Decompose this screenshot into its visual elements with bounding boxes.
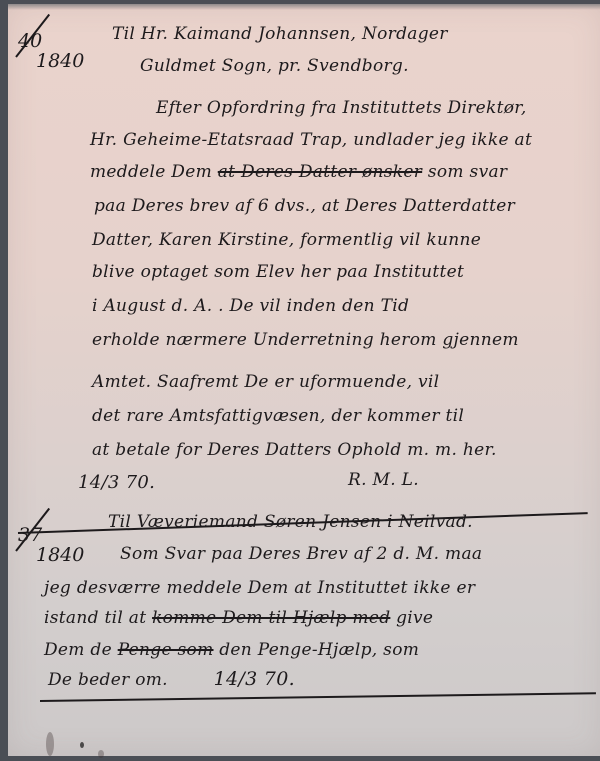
bottom-rule	[40, 692, 596, 702]
body-line: Datter, Karen Kirstine, formentlig vil k…	[92, 230, 481, 250]
body-line: paa Deres brev af 6 dvs., at Deres Datte…	[94, 196, 515, 216]
body-text: De beder om.	[48, 670, 168, 690]
struck-text: at Deres Datter ønsker	[218, 162, 422, 182]
entry-reference-number: 40 1840	[14, 30, 74, 80]
address-line: Til Væveriemand Søren Jensen i Neilvad.	[108, 512, 473, 532]
entry-date: 14/3 70.	[214, 668, 295, 690]
body-line: meddele Dem at Deres Datter ønsker som s…	[90, 162, 507, 182]
body-line: i August d. A. . De vil inden den Tid	[92, 296, 409, 316]
body-line: Som Svar paa Deres Brev af 2 d. M. maa	[120, 544, 482, 564]
body-line: blive optaget som Elev her paa Institutt…	[92, 262, 464, 282]
address-line: Guldmet Sogn, pr. Svendborg.	[140, 56, 409, 76]
body-line: De beder om. 14/3 70.	[48, 668, 295, 690]
ink-spot	[80, 742, 84, 748]
ink-smudge	[46, 732, 54, 756]
body-text: meddele Dem	[90, 162, 212, 182]
signature: R. M. L.	[348, 470, 419, 490]
body-line: det rare Amtsfattigvæsen, der kommer til	[92, 406, 464, 426]
body-line: at betale for Deres Datters Ophold m. m.…	[92, 440, 497, 460]
body-text: den Penge-Hjælp, som	[219, 640, 419, 660]
entry-reference-number: 37 1840	[14, 524, 74, 574]
body-line: Efter Opfordring fra Instituttets Direkt…	[156, 98, 527, 118]
body-line: Dem de Penge som den Penge-Hjælp, som	[44, 640, 419, 660]
body-text: Dem de	[44, 640, 112, 660]
struck-text: komme Dem til Hjælp med	[152, 608, 390, 628]
page-top-edge	[8, 4, 600, 10]
address-line: Til Hr. Kaimand Johannsen, Nordager	[112, 24, 448, 44]
body-line: erholde nærmere Underretning herom gjenn…	[92, 330, 519, 350]
body-line: Amtet. Saafremt De er uformuende, vil	[92, 372, 439, 392]
body-text: istand til at	[44, 608, 146, 628]
body-line: jeg desværre meddele Dem at Instituttet …	[44, 578, 475, 598]
struck-text: Penge som	[118, 640, 214, 660]
ink-smudge	[98, 750, 104, 758]
entry-date: 14/3 70.	[78, 472, 155, 493]
reference-year: 1840	[36, 50, 84, 72]
body-line: istand til at komme Dem til Hjælp med gi…	[44, 608, 433, 628]
body-line: Hr. Geheime-Etatsraad Trap, undlader jeg…	[90, 130, 532, 150]
letter-book-page: 40 1840 Til Hr. Kaimand Johannsen, Norda…	[8, 4, 600, 756]
reference-year: 1840	[36, 544, 84, 566]
body-text: som svar	[428, 162, 507, 182]
body-text: give	[396, 608, 433, 628]
